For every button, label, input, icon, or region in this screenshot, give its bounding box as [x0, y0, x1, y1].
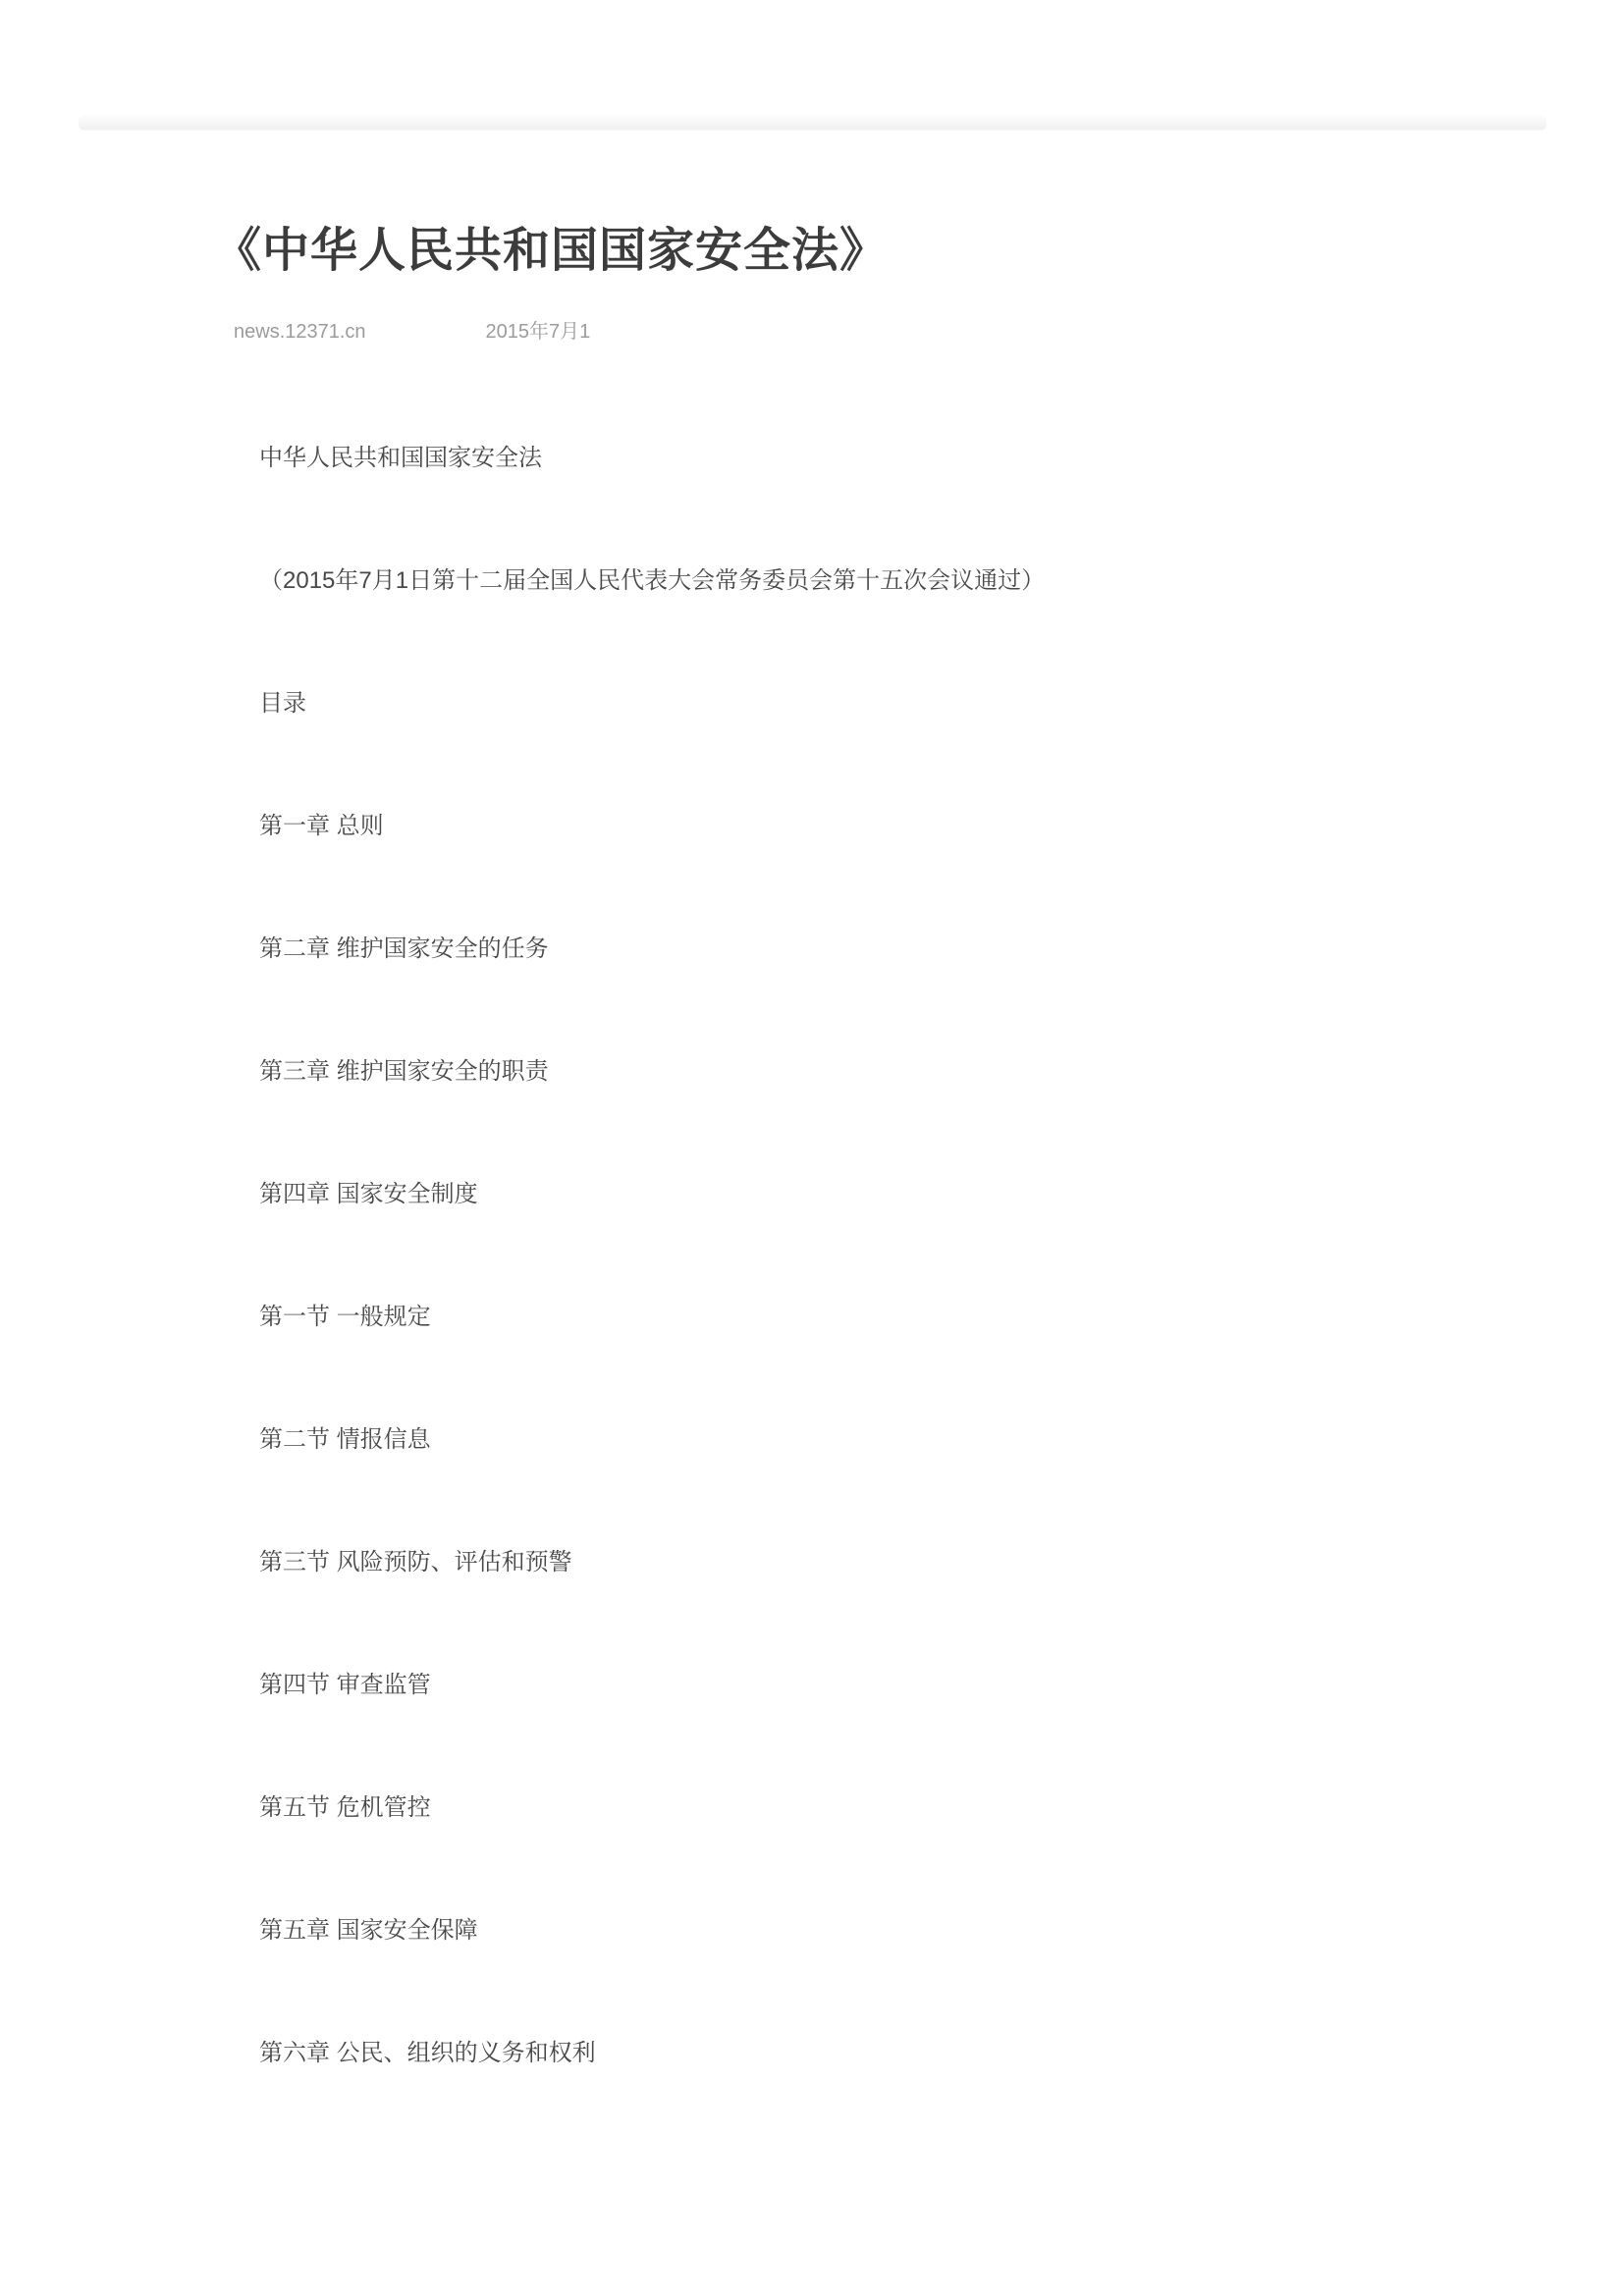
page-divider-band — [79, 115, 1546, 131]
publish-date: 2015年7月1 — [486, 315, 591, 344]
toc-line-section-2: 第二节 情报信息 — [259, 1424, 1496, 1456]
toc-line-chapter-2: 第二章 维护国家安全的任务 — [259, 934, 1496, 965]
toc-line-section-5: 第五节 危机管控 — [259, 1792, 1496, 1824]
body-paragraph-toc-heading: 目录 — [259, 688, 1496, 720]
body-paragraph-adoption-note: （2015年7月1日第十二届全国人民代表大会常务委员会第十五次会议通过） — [259, 565, 1496, 597]
meta-row: news.12371.cn 2015年7月1 — [234, 315, 590, 344]
toc-line-section-3: 第三节 风险预防、评估和预警 — [259, 1547, 1496, 1578]
body-paragraph-law-name: 中华人民共和国国家安全法 — [259, 443, 1496, 474]
toc-line-chapter-5: 第五章 国家安全保障 — [259, 1915, 1496, 1947]
toc-line-section-4: 第四节 审查监管 — [259, 1670, 1496, 1701]
toc-line-chapter-6: 第六章 公民、组织的义务和权利 — [259, 2038, 1496, 2069]
toc-line-chapter-1: 第一章 总则 — [259, 811, 1496, 842]
document-body: 中华人民共和国国家安全法 （2015年7月1日第十二届全国人民代表大会常务委员会… — [259, 443, 1496, 2161]
toc-line-chapter-3: 第三章 维护国家安全的职责 — [259, 1056, 1496, 1088]
document-title: 《中华人民共和国国家安全法》 — [214, 222, 888, 281]
toc-line-section-1: 第一节 一般规定 — [259, 1302, 1496, 1333]
source-domain: news.12371.cn — [234, 321, 366, 344]
toc-line-chapter-4: 第四章 国家安全制度 — [259, 1179, 1496, 1210]
